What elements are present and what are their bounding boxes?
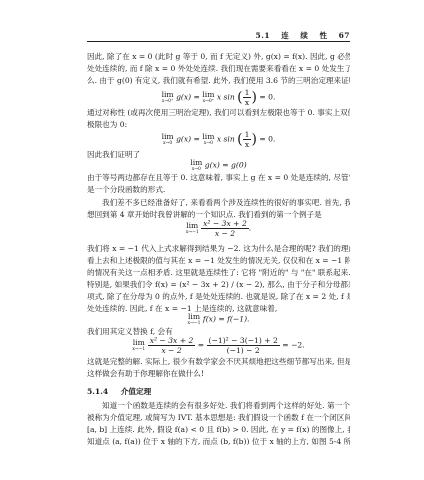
header-title-char: 性 [319,31,327,40]
section-title: 介值定理 [121,387,151,396]
header-title-char: 续 [300,31,308,40]
text-line: 极限也为 0: [87,120,350,130]
text-line: 特别是, 如果我们令 f(x) = (x² − 3x + 2) / (x − 2… [87,280,350,290]
equation-text: = 0. [259,93,275,102]
text-line: [a, b] 上连续. 此外, 假设 f(a) < 0 且 f(b) > 0. … [87,425,350,435]
limit-operator: limx→0 [202,133,214,146]
equation-continuity: limx→0 g(x) = g(0) [87,159,350,172]
fraction: x² − 3x + 2x − 2 [201,219,249,238]
equation-text: g(x) = g(0) [205,161,247,170]
text-line: 知道点 (a, f(a)) 位于 x 轴的下方, 而点 (b, f(b)) 位于… [87,437,350,447]
section-number: 5.1.4 [87,387,108,396]
equation-text: g(x) = [176,135,200,144]
equation-right-limit: limx→0⁺ g(x) = limx→0⁺ x sin (1x) = 0. [87,88,350,107]
text-line: 被称为介值定理, 或简写为 IVT. 基本思想是: 我们假设一个函数 f 在一个… [87,413,350,423]
equation-example-limit: limx→−1 x² − 3x + 2x − 2. [87,219,350,238]
text-line: 因此, 除了在 x = 0 (此时 g 等于 0, 而 f 无定义) 外, g(… [87,52,350,62]
running-header: 5.1 连 续 性 67 [87,30,350,41]
header-title-char: 连 [281,31,289,40]
equation-continuity-f: limx→−1 f(x) = f(−1). [87,313,350,326]
header-section-number: 5.1 [256,31,271,40]
text-line: 项式, 除了在分母为 0 的点外, f 是处处连续的. 也就是说, 除了在 x … [87,292,350,302]
limit-operator: limx→0 [190,159,202,172]
equation-text: x sin [217,93,235,102]
text-line: 我们将 x = −1 代入上式求解得到结果为 −2. 这为什么是合理的呢? 我们… [87,244,350,254]
limit-operator: limx→−1 [188,313,201,326]
limit-operator: limx→0⁺ [202,91,214,104]
equation-substitution: limx→−1 x² − 3x + 2x − 2 = (−1)² − 3(−1)… [87,336,350,355]
text-line: 通过对称性 (或再次使用三明治定理), 我们可以看到左极限也等于 0. 事实上双… [87,108,350,118]
text-line: 是一个分段函数的形式. [87,185,350,195]
text-line: 由于等号两边都存在且等于 0. 这意味着, 事实上 g 在 x = 0 处是连续… [87,173,350,183]
equation-text: x sin [217,135,235,144]
text-line: 我们差不多已经准备好了, 来看看两个涉及连续性的很好的事实吧. 首先, 我 [87,198,350,208]
equation-text: = 0. [259,135,275,144]
fraction: x² − 3x + 2x − 2 [148,336,196,355]
equation-text: f(x) = f(−1). [203,315,250,324]
limit-operator: limx→−1 [132,339,145,352]
text-line: 处处连续的, 而 f 除 x = 0 外处处连续. 我们现在需要来看看在 x =… [87,64,350,74]
limit-operator: limx→0 [162,133,174,146]
text-line: 这样做会有助于你理解你在做什么! [87,369,350,379]
equation-two-sided-limit: limx→0 g(x) = limx→0 x sin (1x) = 0. [87,130,350,149]
fraction: (−1)² − 3(−1) + 2(−1) − 2 [207,336,280,355]
limit-operator: limx→0⁺ [162,91,174,104]
header-rule [87,41,350,42]
text-line: 的情况有关这一点相矛盾. 这里就是连续性了: 它将 "附近的" 与 "在" 联系… [87,268,350,278]
text-line: 知道一个函数是连续的会有很多好处. 我们将看到两个这样的好处. 第一个 [87,401,350,411]
text-line: 这就是完整的解. 实际上, 很少有数学家会不厌其烦地把这些细节都写出来, 但是 [87,357,350,367]
limit-operator: limx→−1 [186,222,199,235]
text-line: 看上去和上述极限的值与其在 x = −1 处发生的情况无关, 仅仅和在 x = … [87,256,350,266]
text-line: 么. 由于 g(0) 有定义, 我们就有希望. 此外, 我们使用 3.6 节的三… [87,76,350,86]
equation-text: g(x) = [176,93,200,102]
page-number: 67 [339,31,350,40]
section-heading: 5.1.4 介值定理 [87,386,151,397]
